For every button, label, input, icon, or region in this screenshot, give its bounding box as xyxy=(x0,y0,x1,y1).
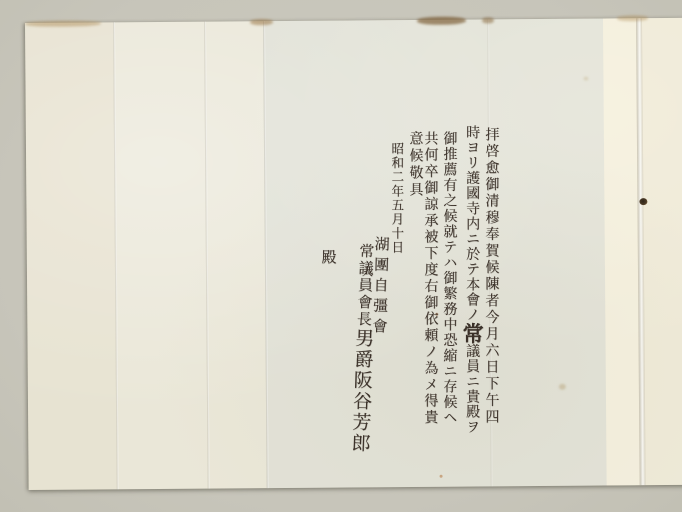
sender-name: 男爵阪谷芳郎 xyxy=(348,328,374,455)
aging-spot-top-right xyxy=(482,17,494,23)
aging-spot-top-center xyxy=(417,17,466,25)
letter-body-column-3: 御推薦有之候就テハ御繁務中恐縮ニ存候ヘ xyxy=(441,131,456,426)
paper-panel-shading-right xyxy=(641,18,682,485)
letter-body-column-2: 時ヨリ護國寺内ニ於テ本會ノ常議員ニ貴殿ヲ xyxy=(461,125,484,435)
age-speck xyxy=(559,384,566,390)
aging-spot-top-far-right xyxy=(617,15,648,21)
letter-date: 昭和二年五月十日 xyxy=(390,142,404,255)
age-speck xyxy=(583,77,588,81)
fold-crease-2 xyxy=(204,22,210,489)
letter-body-column-1: 拝啓愈御清穆奉賀候陳者今月六日下午四 xyxy=(483,127,498,426)
sender-title: 常議員會長 xyxy=(355,243,376,329)
aging-spot-top-mid xyxy=(250,19,273,25)
age-speck xyxy=(440,475,443,478)
emphasis-char: 常 xyxy=(460,323,485,344)
paper-panel-shading-light xyxy=(603,18,641,485)
recipient-honorific: 殿 xyxy=(320,249,337,264)
letter-body-column-4: 共何卒御諒承被下度右御依頼ノ為メ得貴 xyxy=(422,131,437,426)
photo-backdrop: 拝啓愈御清穆奉賀候陳者今月六日下午四 時ヨリ護國寺内ニ於テ本會ノ常議員ニ貴殿ヲ … xyxy=(0,0,682,512)
letter-body-column-2-post: 議員ニ貴殿ヲ xyxy=(464,344,480,435)
letter-body-column-2-pre: 時ヨリ護國寺内ニ於テ本會ノ xyxy=(464,125,480,323)
letter-closing: 意候敬具 xyxy=(407,131,422,199)
wormhole xyxy=(639,198,647,205)
paper-panel-shading-left xyxy=(25,22,117,490)
